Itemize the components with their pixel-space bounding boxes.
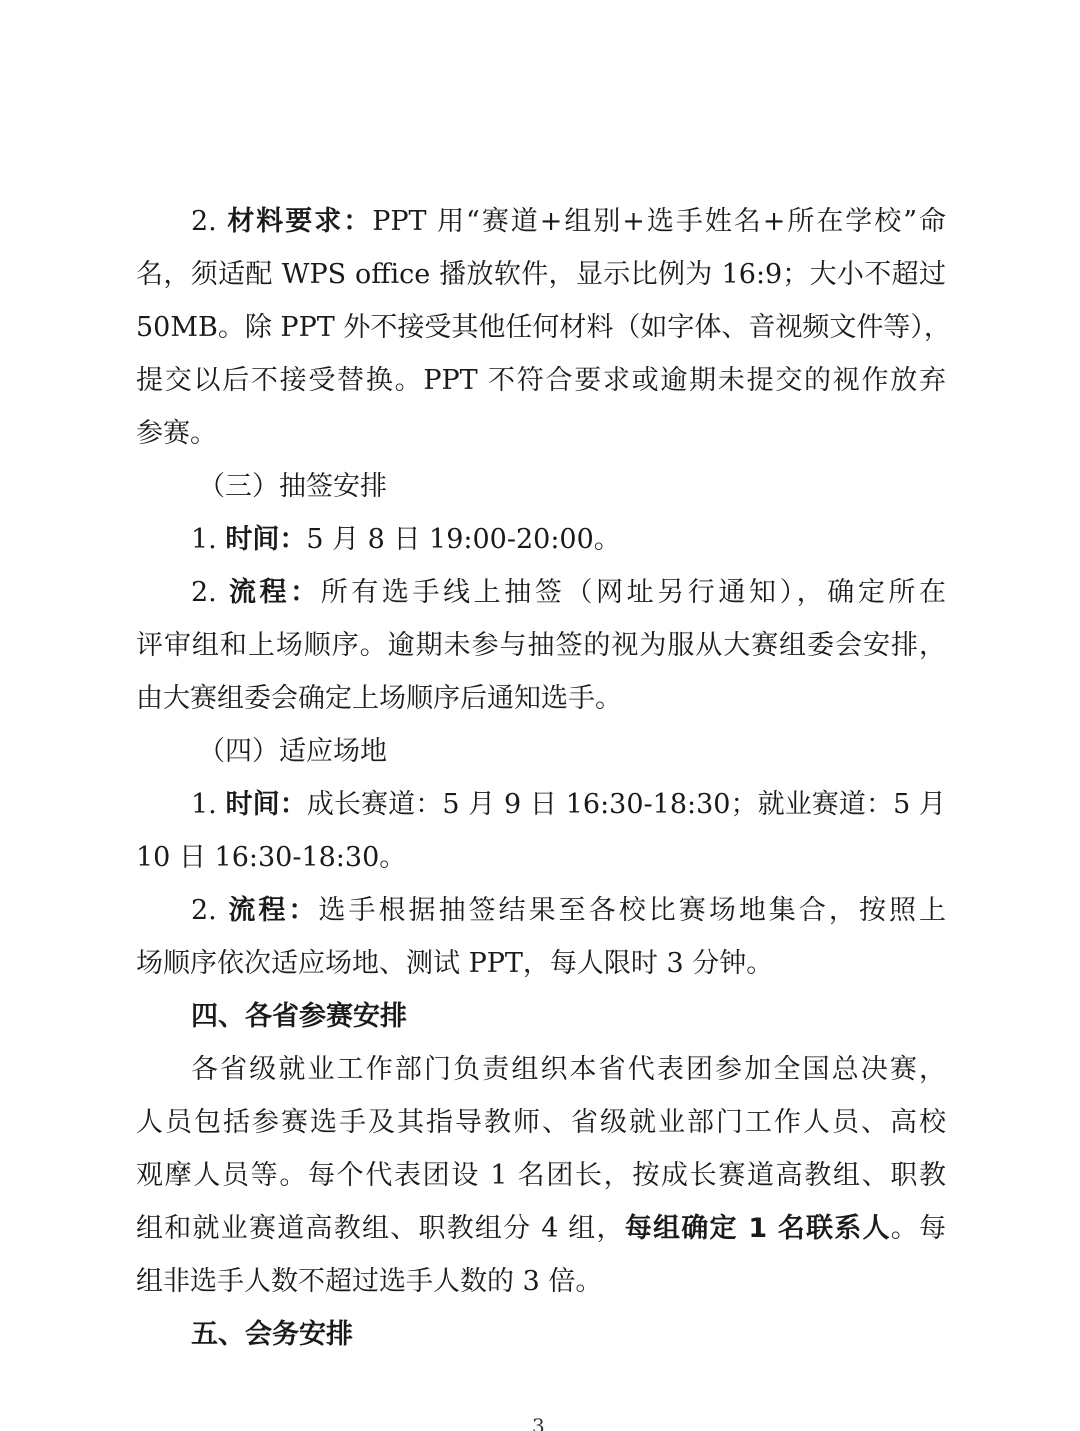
venue-process-line-2: 场顺序依次适应场地、测试 PPT，每人限时 3 分钟。 bbox=[136, 944, 946, 984]
line-text: 成长赛道：5 月 9 日 16:30-18:30；就业赛道：5 月 bbox=[307, 789, 946, 820]
bold-label: 时间： bbox=[225, 524, 306, 555]
list-number: 1. bbox=[191, 789, 225, 820]
line-tail: 。每 bbox=[891, 1213, 946, 1244]
bold-contact-note: 每组确定 1 名联系人 bbox=[625, 1213, 891, 1244]
venue-time-line-1: 1. 时间：成长赛道：5 月 9 日 16:30-18:30；就业赛道：5 月 bbox=[191, 785, 946, 825]
line-text: 提交以后不接受替换。PPT 不符合要求或逾期未提交的视作放弃 bbox=[136, 365, 946, 396]
draw-process-line-2: 评审组和上场顺序。逾期未参与抽签的视为服从大赛组委会安排， bbox=[136, 626, 946, 666]
line-text: 10 日 16:30-18:30。 bbox=[136, 842, 406, 873]
provincial-body-line-2: 人员包括参赛选手及其指导教师、省级就业部门工作人员、高校 bbox=[136, 1103, 946, 1143]
material-requirements-line-4: 提交以后不接受替换。PPT 不符合要求或逾期未提交的视作放弃 bbox=[136, 361, 946, 401]
list-number: 2. bbox=[191, 206, 227, 237]
bold-label: 材料要求： bbox=[227, 206, 372, 237]
line-text: 名，须适配 WPS office 播放软件，显示比例为 16:9；大小不超过 bbox=[136, 259, 946, 290]
line-text: 所有选手线上抽签（网址另行通知），确定所在 bbox=[321, 577, 946, 608]
material-requirements-line-2: 名，须适配 WPS office 播放软件，显示比例为 16:9；大小不超过 bbox=[136, 255, 946, 295]
subheading-text: （四）适应场地 bbox=[198, 736, 387, 767]
heading-text: 五、会务安排 bbox=[191, 1319, 353, 1350]
document-page: 2. 材料要求：PPT 用“赛道+组别+选手姓名+所在学校”命 名，须适配 WP… bbox=[0, 0, 1080, 1431]
line-text: 评审组和上场顺序。逾期未参与抽签的视为服从大赛组委会安排， bbox=[136, 630, 946, 661]
subheading-draw-arrangement: （三）抽签安排 bbox=[198, 467, 946, 507]
list-number: 1. bbox=[191, 524, 225, 555]
venue-time-line-2: 10 日 16:30-18:30。 bbox=[136, 838, 946, 878]
material-requirements-line-5: 参赛。 bbox=[136, 414, 946, 454]
bold-label: 流程： bbox=[228, 895, 318, 926]
heading-provincial-arrangement: 四、各省参赛安排 bbox=[191, 997, 946, 1037]
line-text: 50MB。除 PPT 外不接受其他任何材料（如字体、音视频文件等）， bbox=[136, 312, 951, 343]
heading-text: 四、各省参赛安排 bbox=[191, 1001, 407, 1032]
line-text: PPT 用“赛道+组别+选手姓名+所在学校”命 bbox=[372, 206, 946, 237]
bold-label: 流程： bbox=[229, 577, 321, 608]
subheading-text: （三）抽签安排 bbox=[198, 471, 387, 502]
line-text: 由大赛组委会确定上场顺序后通知选手。 bbox=[136, 683, 622, 714]
subheading-venue-adaptation: （四）适应场地 bbox=[198, 732, 946, 772]
draw-process-line-3: 由大赛组委会确定上场顺序后通知选手。 bbox=[136, 679, 946, 719]
line-text: 场顺序依次适应场地、测试 PPT，每人限时 3 分钟。 bbox=[136, 948, 773, 979]
line-text: 选手根据抽签结果至各校比赛场地集合，按照上 bbox=[318, 895, 946, 926]
material-requirements-line-3: 50MB。除 PPT 外不接受其他任何材料（如字体、音视频文件等）， bbox=[136, 308, 946, 348]
provincial-body-line-4: 组和就业赛道高教组、职教组分 4 组，每组确定 1 名联系人。每 bbox=[136, 1209, 946, 1249]
line-text: 观摩人员等。每个代表团设 1 名团长，按成长赛道高教组、职教 bbox=[136, 1160, 946, 1191]
list-number: 2. bbox=[191, 577, 229, 608]
line-text: 人员包括参赛选手及其指导教师、省级就业部门工作人员、高校 bbox=[136, 1107, 946, 1138]
draw-time-line-1: 1. 时间：5 月 8 日 19:00-20:00。 bbox=[191, 520, 946, 560]
list-number: 2. bbox=[191, 895, 228, 926]
line-text: 组非选手人数不超过选手人数的 3 倍。 bbox=[136, 1266, 602, 1297]
material-requirements-line-1: 2. 材料要求：PPT 用“赛道+组别+选手姓名+所在学校”命 bbox=[191, 202, 946, 242]
venue-process-line-1: 2. 流程：选手根据抽签结果至各校比赛场地集合，按照上 bbox=[191, 891, 946, 931]
heading-meeting-arrangement: 五、会务安排 bbox=[191, 1315, 946, 1355]
provincial-body-line-1: 各省级就业工作部门负责组织本省代表团参加全国总决赛， bbox=[191, 1050, 946, 1090]
line-text: 参赛。 bbox=[136, 418, 217, 449]
provincial-body-line-5: 组非选手人数不超过选手人数的 3 倍。 bbox=[136, 1262, 946, 1302]
page-number: 3 bbox=[532, 1414, 545, 1431]
bold-label: 时间： bbox=[225, 789, 306, 820]
draw-process-line-1: 2. 流程：所有选手线上抽签（网址另行通知），确定所在 bbox=[191, 573, 946, 613]
line-text: 各省级就业工作部门负责组织本省代表团参加全国总决赛， bbox=[191, 1054, 946, 1085]
line-text: 5 月 8 日 19:00-20:00。 bbox=[306, 524, 620, 555]
line-text: 组和就业赛道高教组、职教组分 4 组， bbox=[136, 1213, 625, 1244]
provincial-body-line-3: 观摩人员等。每个代表团设 1 名团长，按成长赛道高教组、职教 bbox=[136, 1156, 946, 1196]
